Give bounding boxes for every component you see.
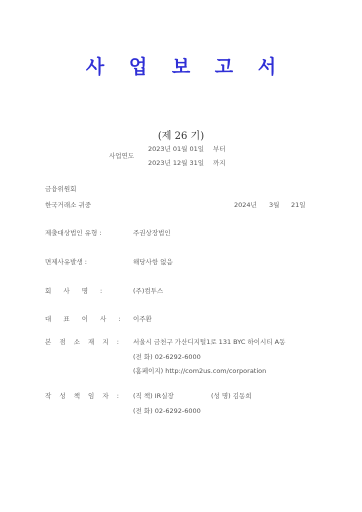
ceo-value: 이주환 — [133, 314, 152, 323]
submission-month: 3월 — [269, 200, 279, 209]
fiscal-year-end: 2023년 12월 31일 — [148, 158, 204, 167]
fiscal-year-label: 사업연도 — [109, 151, 134, 160]
hq-homepage: (홈페이지) http://com2us.com/corporation — [133, 366, 266, 375]
hq-label: 본 점 소 재 지 : — [45, 337, 122, 346]
corp-type-value: 주권상장법인 — [133, 228, 171, 237]
corp-type-label: 제출대상법인 유형 : — [45, 228, 102, 237]
document-title: 사 업 보 고 서 — [0, 52, 362, 79]
preparer-label: 작 성 책 임 자 : — [45, 391, 122, 400]
ceo-label: 대 표 이 사 : — [45, 314, 126, 323]
exemption-label: 면제사유발생 : — [45, 257, 87, 266]
exemption-value: 해당사항 없음 — [133, 257, 173, 266]
preparer-title: (직 책) IR실장 — [133, 391, 174, 400]
submission-day: 21일 — [291, 200, 306, 209]
hq-phone: (전 화) 02-6292-6000 — [133, 352, 201, 361]
hq-address: 서울시 금천구 가산디지털1로 131 BYC 하이시티 A동 — [133, 337, 285, 346]
fiscal-year-end-suffix: 까지 — [213, 158, 226, 167]
recipient-fsc: 금융위원회 — [45, 184, 76, 193]
fiscal-year-start: 2023년 01월 01일 — [148, 144, 204, 153]
fiscal-year-start-suffix: 부터 — [213, 144, 226, 153]
company-value: (주)컴투스 — [133, 286, 163, 295]
period-number: (제 26 기) — [0, 127, 362, 142]
preparer-name: (성 명) 김동희 — [211, 391, 252, 400]
submission-year: 2024년 — [234, 200, 257, 209]
company-label: 회 사 명 : — [45, 286, 107, 295]
preparer-phone: (전 화) 02-6292-6000 — [133, 406, 201, 415]
recipient-krx: 한국거래소 귀중 — [45, 200, 91, 209]
